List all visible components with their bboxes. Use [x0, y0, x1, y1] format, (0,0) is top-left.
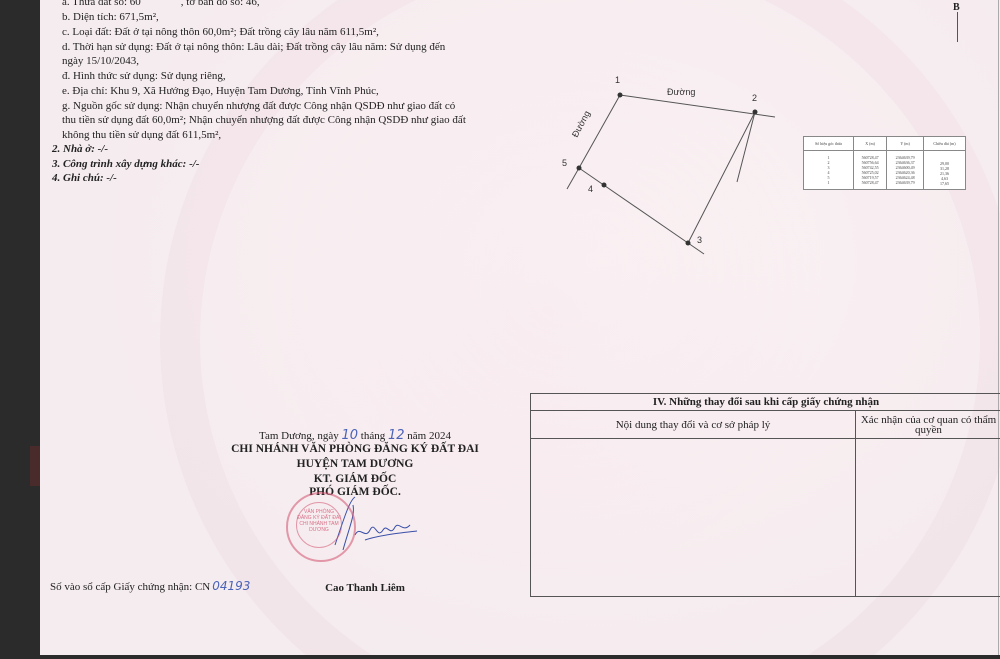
authority-confirmation-header: Xác nhận của cơ quan có thẩm quyền: [856, 411, 1000, 439]
svg-text:1: 1: [615, 75, 620, 85]
changes-content-header: Nội dung thay đổi và cơ sở pháp lý: [531, 411, 856, 439]
authority-confirmation-cell: [856, 439, 1000, 597]
signer-name: Cao Thanh Liêm: [290, 582, 440, 594]
changes-content-cell: [531, 439, 856, 597]
svg-text:5: 5: [562, 158, 567, 168]
origin-line-3: không thu tiền sử dụng đất 611,5m²,: [62, 129, 221, 142]
bottom-edge: [0, 655, 1000, 659]
certificate-page: a. Thửa đất số: 60, tờ bản đồ số: 46, b.…: [40, 0, 1000, 655]
official-stamp: VĂN PHÒNG ĐĂNG KÝ ĐẤT ĐAI CHI NHÁNH TAM …: [286, 492, 356, 562]
svg-text:Đường: Đường: [667, 87, 695, 97]
coordinate-table: Số hiệu góc thửa X (m) Y (m) Chiều dài (…: [803, 136, 966, 190]
usage-term-date: ngày 15/10/2043,: [62, 55, 139, 68]
signer-role-1: KT. GIÁM ĐỐC: [190, 473, 520, 486]
background-artifact: [30, 446, 40, 486]
plot-diagram: 1 2 3 4 5 Đường Đường: [540, 60, 810, 260]
svg-text:2: 2: [752, 93, 757, 103]
table-row: 123451 560728,47560756,64560742,55560725…: [804, 151, 966, 190]
place-date: Tam Dương, ngày 10 tháng 12 năm 2024: [190, 428, 520, 443]
parcel-number: a. Thửa đất số: 60, tờ bản đồ số: 46,: [62, 0, 260, 9]
registry-number: Số vào sổ cấp Giấy chứng nhận: CN04193: [50, 580, 250, 594]
origin-line-1: g. Nguồn gốc sử dụng: Nhận chuyển nhượng…: [62, 100, 455, 113]
changes-table: IV. Những thay đổi sau khi cấp giấy chứn…: [530, 393, 1000, 597]
origin-line-2: thu tiền sử dụng đất 60,0m²; Nhận chuyển…: [62, 114, 466, 127]
issuing-office: CHI NHÁNH VĂN PHÒNG ĐĂNG KÝ ĐẤT ĐAI: [190, 443, 520, 456]
changes-table-title: IV. Những thay đổi sau khi cấp giấy chứn…: [531, 394, 1000, 411]
svg-text:4: 4: [588, 184, 593, 194]
table-row: [531, 439, 1000, 597]
house-section: 2. Nhà ở: -/-: [52, 143, 108, 156]
other-construction-section: 3. Công trình xây dựng khác: -/-: [52, 158, 199, 171]
land-type: c. Loại đất: Đất ở tại nông thôn 60,0m²;…: [62, 26, 379, 39]
svg-text:3: 3: [697, 235, 702, 245]
usage-form: đ. Hình thức sử dụng: Sử dụng riêng,: [62, 70, 226, 83]
usage-term: d. Thời hạn sử dụng: Đất ở tại nông thôn…: [62, 41, 445, 54]
address: e. Địa chỉ: Khu 9, Xã Hướng Đạo, Huyện T…: [62, 85, 379, 98]
issuing-district: HUYỆN TAM DƯƠNG: [190, 458, 520, 471]
svg-text:Đường: Đường: [570, 109, 592, 139]
area: b. Diện tích: 671,5m²,: [62, 11, 159, 24]
note-section: 4. Ghi chú: -/-: [52, 172, 117, 185]
